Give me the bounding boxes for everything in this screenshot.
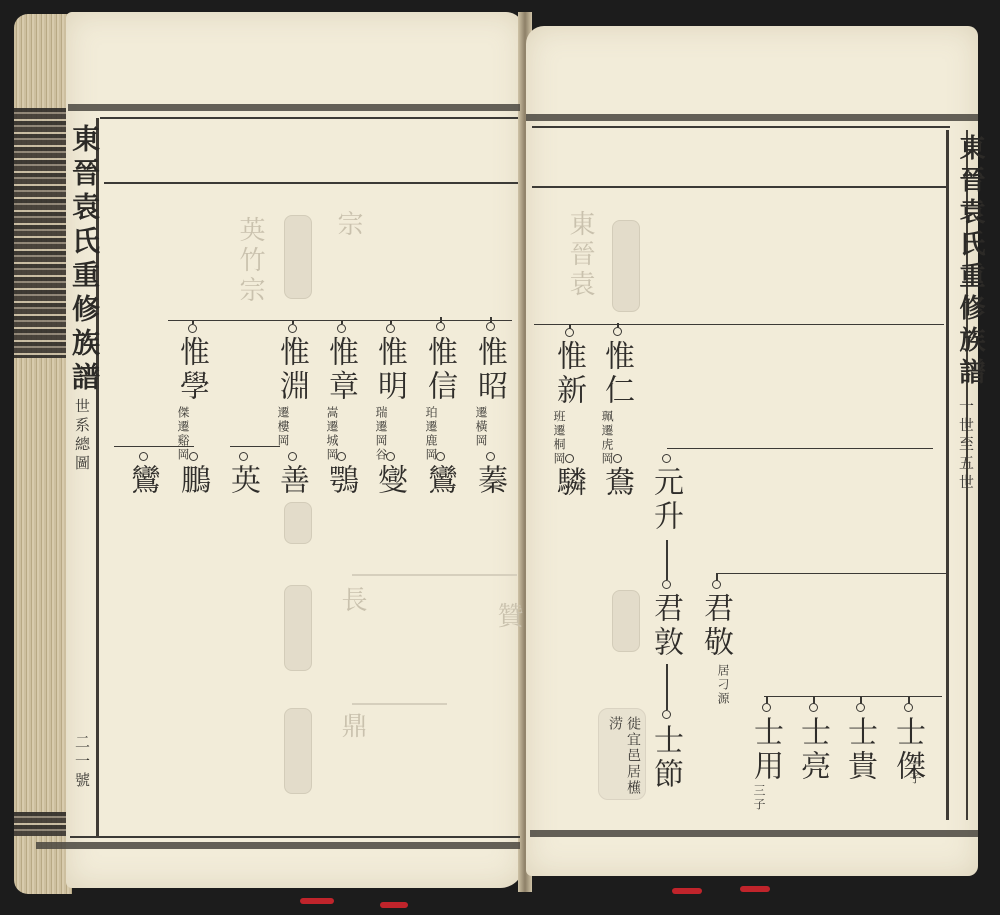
left-section-label: 世系總圖	[72, 398, 93, 474]
node-marker	[436, 452, 445, 461]
node-marker	[712, 580, 721, 589]
person-note: 珮遷虎岡	[600, 410, 613, 466]
person-name[interactable]: 惟淵	[276, 336, 306, 404]
node-marker	[565, 328, 574, 337]
node-marker	[565, 454, 574, 463]
node-marker	[662, 454, 671, 463]
bleed-through-seal	[284, 585, 312, 671]
bleed-through-seal	[284, 708, 312, 794]
person-note: 三子	[752, 784, 765, 812]
right-margin-rule	[946, 130, 949, 820]
right-gen5-connector	[764, 696, 942, 697]
node-marker	[486, 322, 495, 331]
bleed-through-seal	[612, 220, 640, 312]
person-name[interactable]: 英	[227, 464, 257, 498]
left-header-rule	[104, 182, 518, 184]
person-name[interactable]: 燮	[374, 464, 404, 498]
person-name[interactable]: 鸞	[424, 464, 454, 498]
person-name[interactable]: 君敦	[650, 592, 680, 660]
left-margin-title: 東晉袁氏重修族譜	[64, 124, 104, 396]
node-marker	[856, 703, 865, 712]
bleed-through-text: 東晉袁	[562, 210, 599, 300]
right-header-rule	[532, 186, 946, 188]
node-marker	[486, 452, 495, 461]
person-note: 一子	[908, 758, 921, 786]
person-note: 班遷桐岡	[552, 410, 565, 466]
node-marker	[613, 454, 622, 463]
person-name[interactable]: 鴦	[601, 466, 631, 500]
red-bookmark-tab	[672, 888, 702, 894]
right-top-border	[526, 114, 978, 121]
node-marker	[386, 452, 395, 461]
node-marker	[288, 324, 297, 333]
person-name[interactable]: 驎	[553, 466, 583, 500]
stem	[666, 664, 668, 710]
person-name[interactable]: 元升	[650, 466, 680, 534]
person-name[interactable]: 蓁	[474, 464, 504, 498]
person-name[interactable]: 士貴	[844, 716, 874, 784]
node-marker	[288, 452, 297, 461]
left-top-border	[68, 104, 520, 111]
red-bookmark-tab	[380, 902, 408, 908]
bleed-through-text: 贊	[490, 602, 527, 632]
person-name[interactable]: 士節	[650, 724, 680, 792]
person-name[interactable]: 鵬	[177, 464, 207, 498]
person-name[interactable]: 惟新	[553, 340, 583, 408]
left-page-number: 二一號	[72, 734, 93, 791]
bleed-through-line	[352, 703, 447, 705]
right-gen1-connector	[534, 324, 944, 325]
node-marker	[386, 324, 395, 333]
node-marker	[337, 324, 346, 333]
right-gen3-connector	[667, 448, 933, 449]
bleed-through-text: 鼎	[334, 712, 371, 742]
person-name[interactable]: 君敬	[700, 592, 730, 660]
bleed-through-text: 宗	[330, 210, 367, 240]
node-marker	[613, 327, 622, 336]
bleed-through-text: 英竹宗	[232, 216, 269, 306]
node-marker	[662, 710, 671, 719]
person-note: 遷橫岡	[474, 406, 487, 448]
person-name[interactable]: 惟明	[374, 336, 404, 404]
person-name[interactable]: 惟仁	[601, 340, 631, 408]
right-margin-title: 東晉袁氏重修族譜	[952, 134, 989, 390]
person-note: 瑞遷岡谷	[374, 406, 387, 462]
node-marker	[337, 452, 346, 461]
person-note: 嵩遷城岡	[325, 406, 338, 462]
node-marker	[188, 324, 197, 333]
right-gen4-connector	[718, 573, 946, 574]
left-bottom-inner-rule	[70, 836, 520, 838]
left-top-inner-rule	[100, 117, 518, 119]
right-bottom-border	[530, 830, 978, 837]
person-name[interactable]: 善	[276, 464, 306, 498]
right-section-label: 一世至五世	[956, 398, 977, 493]
person-note: 珀遷鹿岡	[424, 406, 437, 462]
left-gen2-connector	[114, 446, 194, 447]
person-name[interactable]: 惟學	[176, 336, 206, 404]
person-name[interactable]: 鸞	[127, 464, 157, 498]
bleed-through-seal	[612, 590, 640, 652]
person-name[interactable]: 鶚	[325, 464, 355, 498]
annotation-note: 徙宜邑居櫵涝	[606, 716, 642, 796]
node-marker	[904, 703, 913, 712]
node-marker	[436, 322, 445, 331]
bleed-through-text: 長	[334, 586, 371, 616]
right-top-inner-rule	[532, 126, 950, 128]
person-name[interactable]: 士用	[750, 716, 780, 784]
left-gen2-connector	[230, 446, 280, 447]
person-note: 居刁源	[716, 664, 729, 706]
node-marker	[662, 580, 671, 589]
node-marker	[239, 452, 248, 461]
page-stack-ink-band-bottom	[14, 812, 72, 836]
person-name[interactable]: 惟信	[424, 336, 454, 404]
person-name[interactable]: 惟昭	[474, 336, 504, 404]
person-note: 傑遷谿岡	[176, 406, 189, 462]
person-name[interactable]: 惟章	[325, 336, 355, 404]
red-bookmark-tab	[740, 886, 770, 892]
node-marker	[809, 703, 818, 712]
person-name[interactable]: 士亮	[797, 716, 827, 784]
red-bookmark-tab	[300, 898, 334, 904]
bleed-through-seal	[284, 215, 312, 299]
person-note: 遷樓岡	[276, 406, 289, 448]
left-gen1-connector	[168, 320, 512, 321]
open-book-photo: 東晉袁氏重修族譜 世系總圖 二一號 宗 英竹宗 長 贊 鼎 惟昭 遷橫岡 惟信 …	[0, 0, 1000, 915]
bleed-through-line	[352, 574, 517, 576]
left-bottom-border	[36, 842, 520, 849]
bleed-through-seal	[284, 502, 312, 544]
node-marker	[762, 703, 771, 712]
node-marker	[139, 452, 148, 461]
stem	[666, 540, 668, 580]
node-marker	[189, 452, 198, 461]
